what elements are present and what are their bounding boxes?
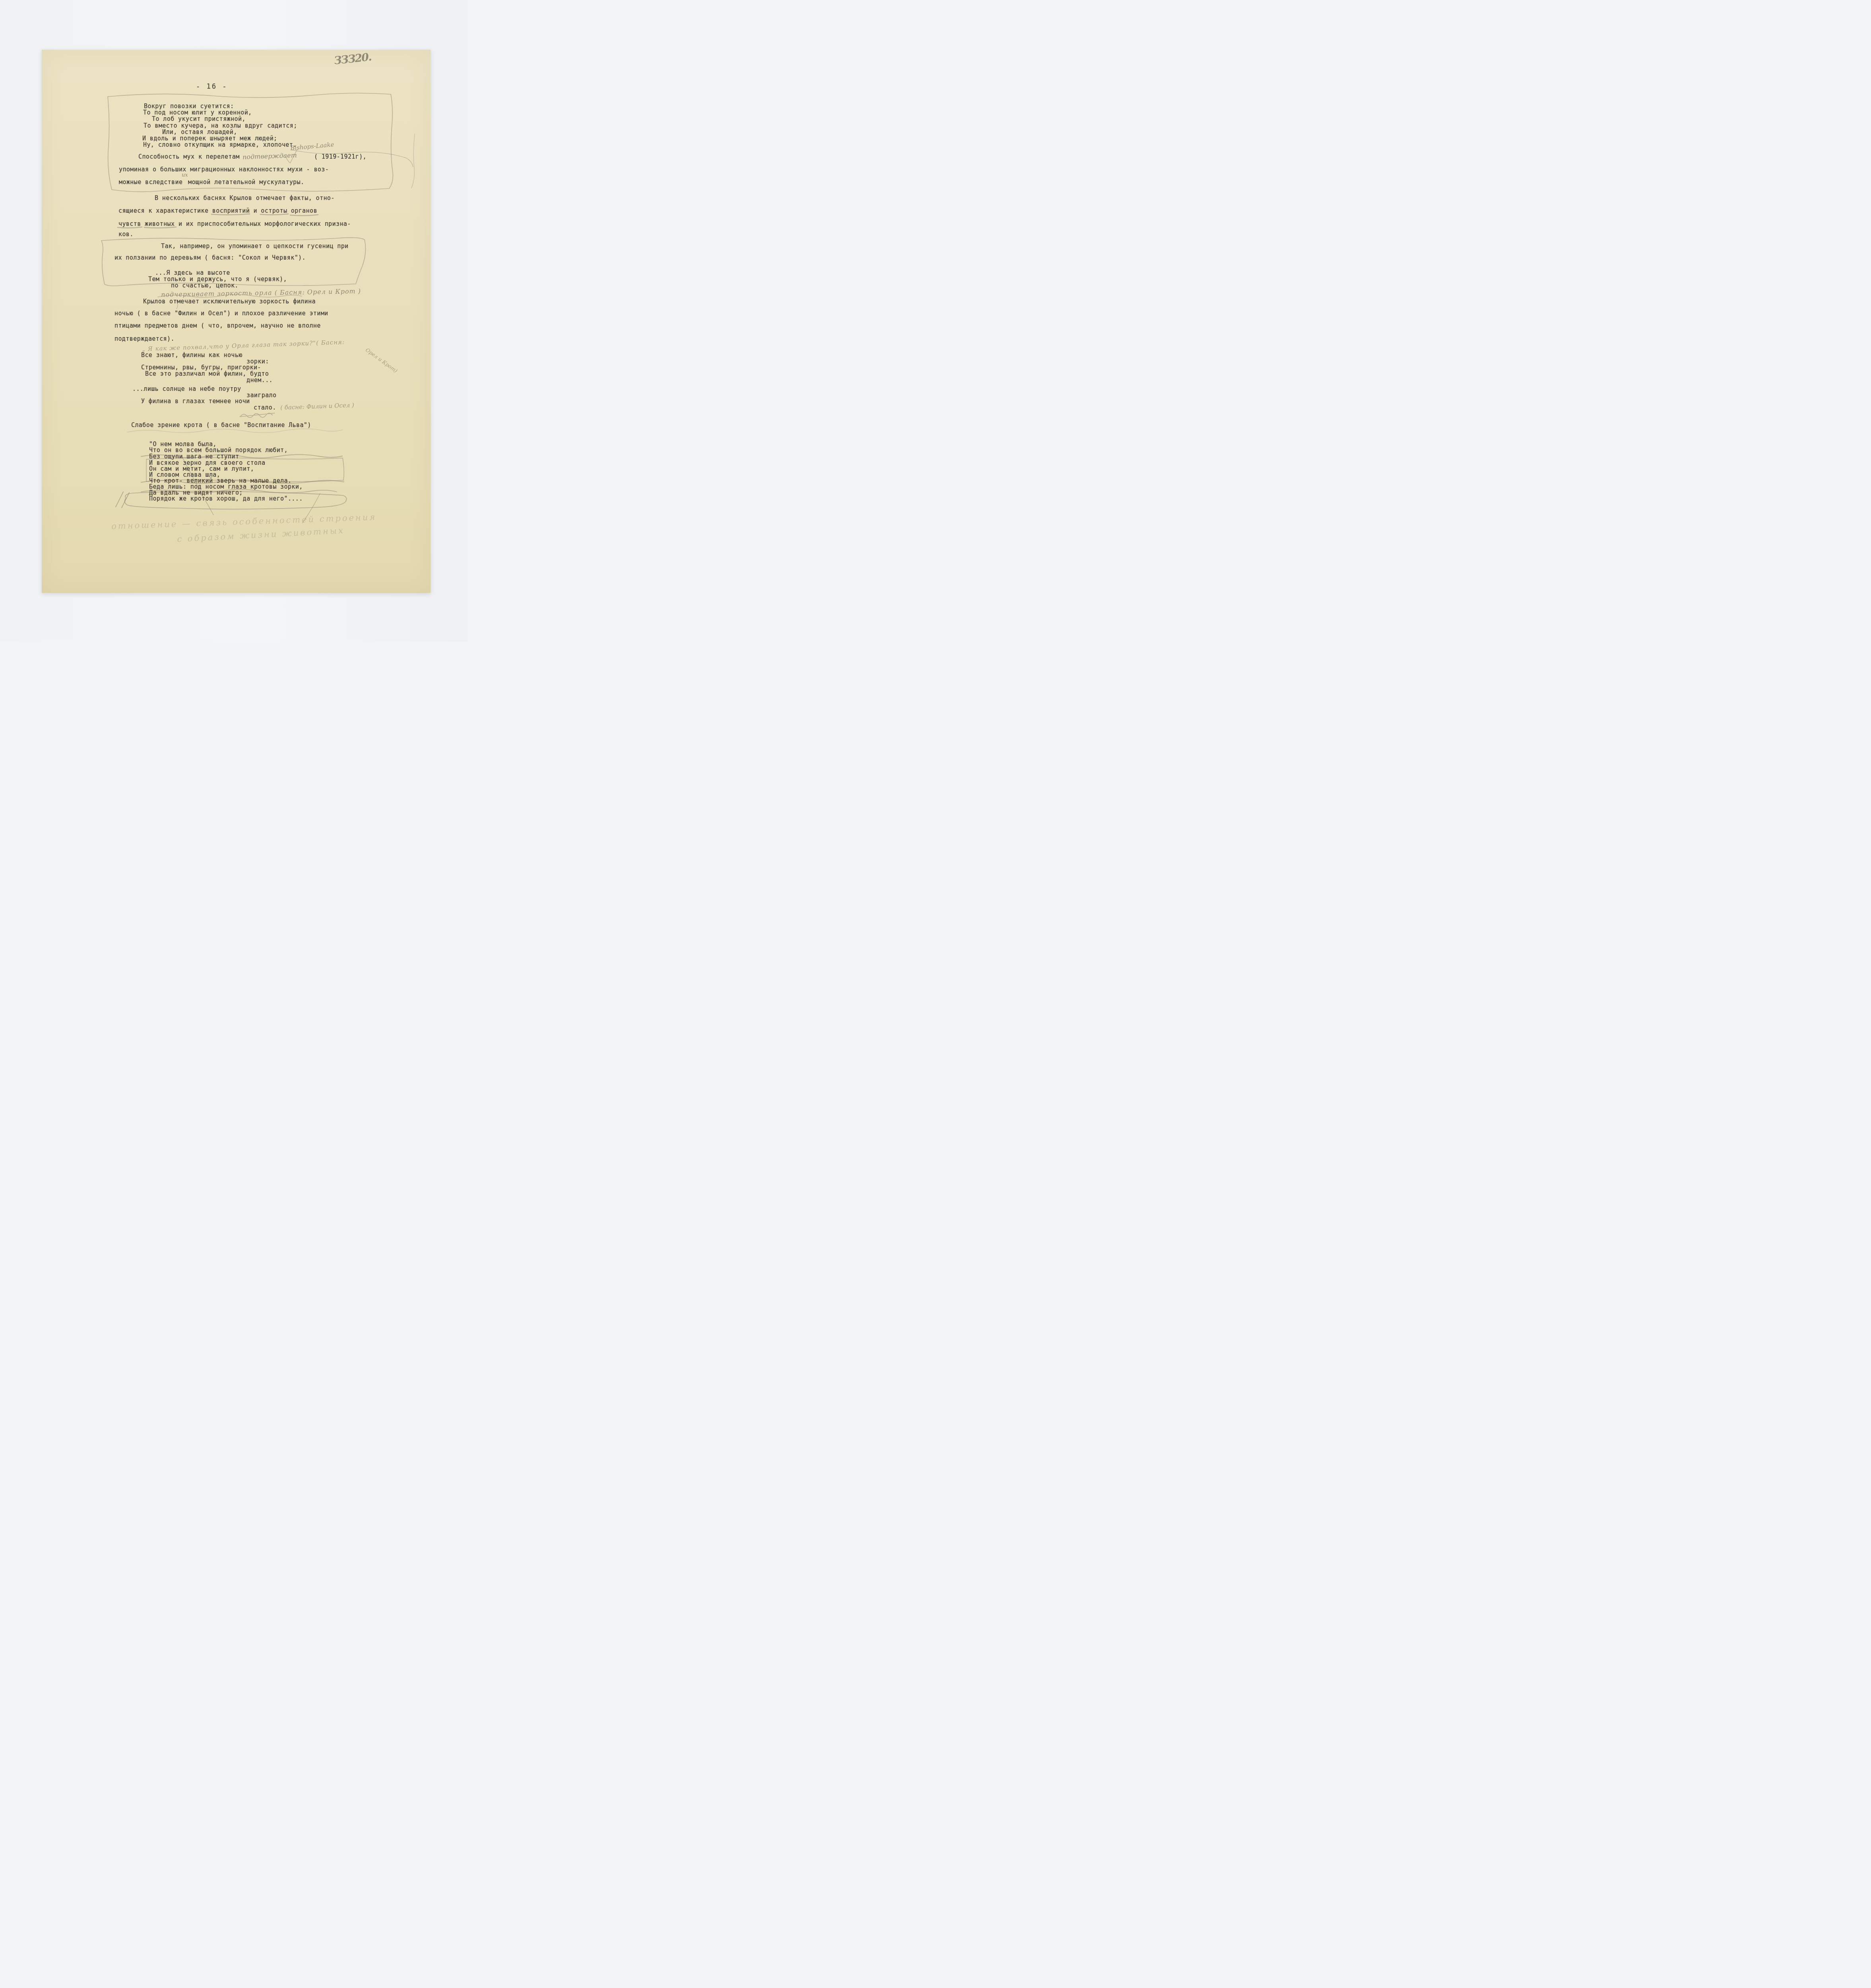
corner-pencil-mark: ЗЗЗ20. [334,51,372,67]
krot-quote-line: Без ощупи шага не ступит [149,453,239,460]
krot-quote-line: Порядок же кротов хорош, да для него"...… [149,495,303,502]
pencil-double-slash [116,492,129,508]
krot-quote-line: Что он во всем большой порядок любит, [149,447,288,453]
filin-para-line: птицами предметов днем ( что, впрочем, н… [115,322,321,329]
fly-para-years: ( 1919-1921г), [314,153,367,160]
filin-quote-line: У филина в глазах темнее ночи [141,398,250,404]
sokol-quote-line: Тем только и держусь, что я (червяк), [148,276,287,282]
sokol-para-line: их ползании по деревьям ( басня: "Сокол … [115,254,306,261]
pencil-faint-note-line [127,429,343,433]
filin-quote-line: стало. [254,404,276,411]
fly-poem-line: Вокруг повозки суетится: [144,103,234,109]
sokol-para-line: Так, например, он упоминает о цепкости г… [161,243,349,249]
fly-para-line-start: можные вследствие [119,179,182,185]
fables-para-line: В нескольких баснях Крылов отмечает факт… [155,195,335,201]
filin-para-line: ночью ( в басне "Филин и Осел") и плохое… [115,310,328,316]
pencil-scribble-word [240,413,275,417]
handwritten-filin-ref: ( басне: Филин и Осел ) [280,402,354,411]
handwritten-bottom-note: с образом жизни животных [177,526,345,544]
handwritten-insert-word: их [182,172,188,178]
fly-poem-line: Или, оставя лошадей, [162,129,237,135]
fly-poem-line: То под носом юлит у коренной, [143,109,252,116]
fly-poem-line: То лоб укусит пристяжной, [152,116,246,122]
page-number: - 16 - [196,83,227,91]
filin-quote-line: Все это различал мой филин, будто [145,371,269,377]
fly-poem-line: Ну, словно откупщик на ярмарке, хлопочет… [143,142,297,148]
pencil-right-margin-line [411,134,415,188]
pencil-underline-organov [290,215,318,215]
fly-poem-line: И вдоль и поперек шныряет меж людей; [142,135,278,142]
krot-intro-line: Слабое зрение крота ( в басне "Воспитани… [131,422,311,428]
sokol-quote-line: по счастью, цепок. [171,282,239,289]
fly-para-line: упоминая о больших миграционных наклонно… [119,166,329,173]
fables-para-line: ков. [118,231,134,237]
fly-poem-line: То вместо кучера, на козлы вдруг садится… [144,122,297,129]
fables-para-line: сящиеся к характеристике восприятий и ос… [118,208,317,214]
filin-quote-line: Стремнины, рвы, бугры, пригорки- [141,364,261,371]
handwritten-confirm-word: подтверждает [243,151,297,161]
fables-para-line: чувств животных и их приспособительных м… [118,221,351,227]
fly-para-line-end: мощной летательной мускулатуры. [188,179,304,185]
filin-quote-line: днем... [246,377,273,383]
filin-quote-line: ...лишь солнце на небе поутру [132,386,241,392]
handwritten-eagle-quote-side: Орел и Крот) [364,347,398,374]
manuscript-paper: ЗЗЗ20. - 16 - Вокруг повозки суетится: Т… [42,50,431,593]
filin-quote-line: Все знают, филины как ночью [141,352,243,358]
fly-para-intro: Способность мух к перелетам [138,153,240,160]
scanned-page-canvas: ЗЗЗ20. - 16 - Вокруг повозки суетится: Т… [0,0,468,642]
filin-quote-line: заиграло [246,392,276,398]
filin-para-line: Крылов отмечает исключительную зоркость … [143,298,316,305]
filin-para-line: подтверждается). [115,336,175,342]
sokol-quote-line: ...Я здесь на высоте [155,270,230,276]
